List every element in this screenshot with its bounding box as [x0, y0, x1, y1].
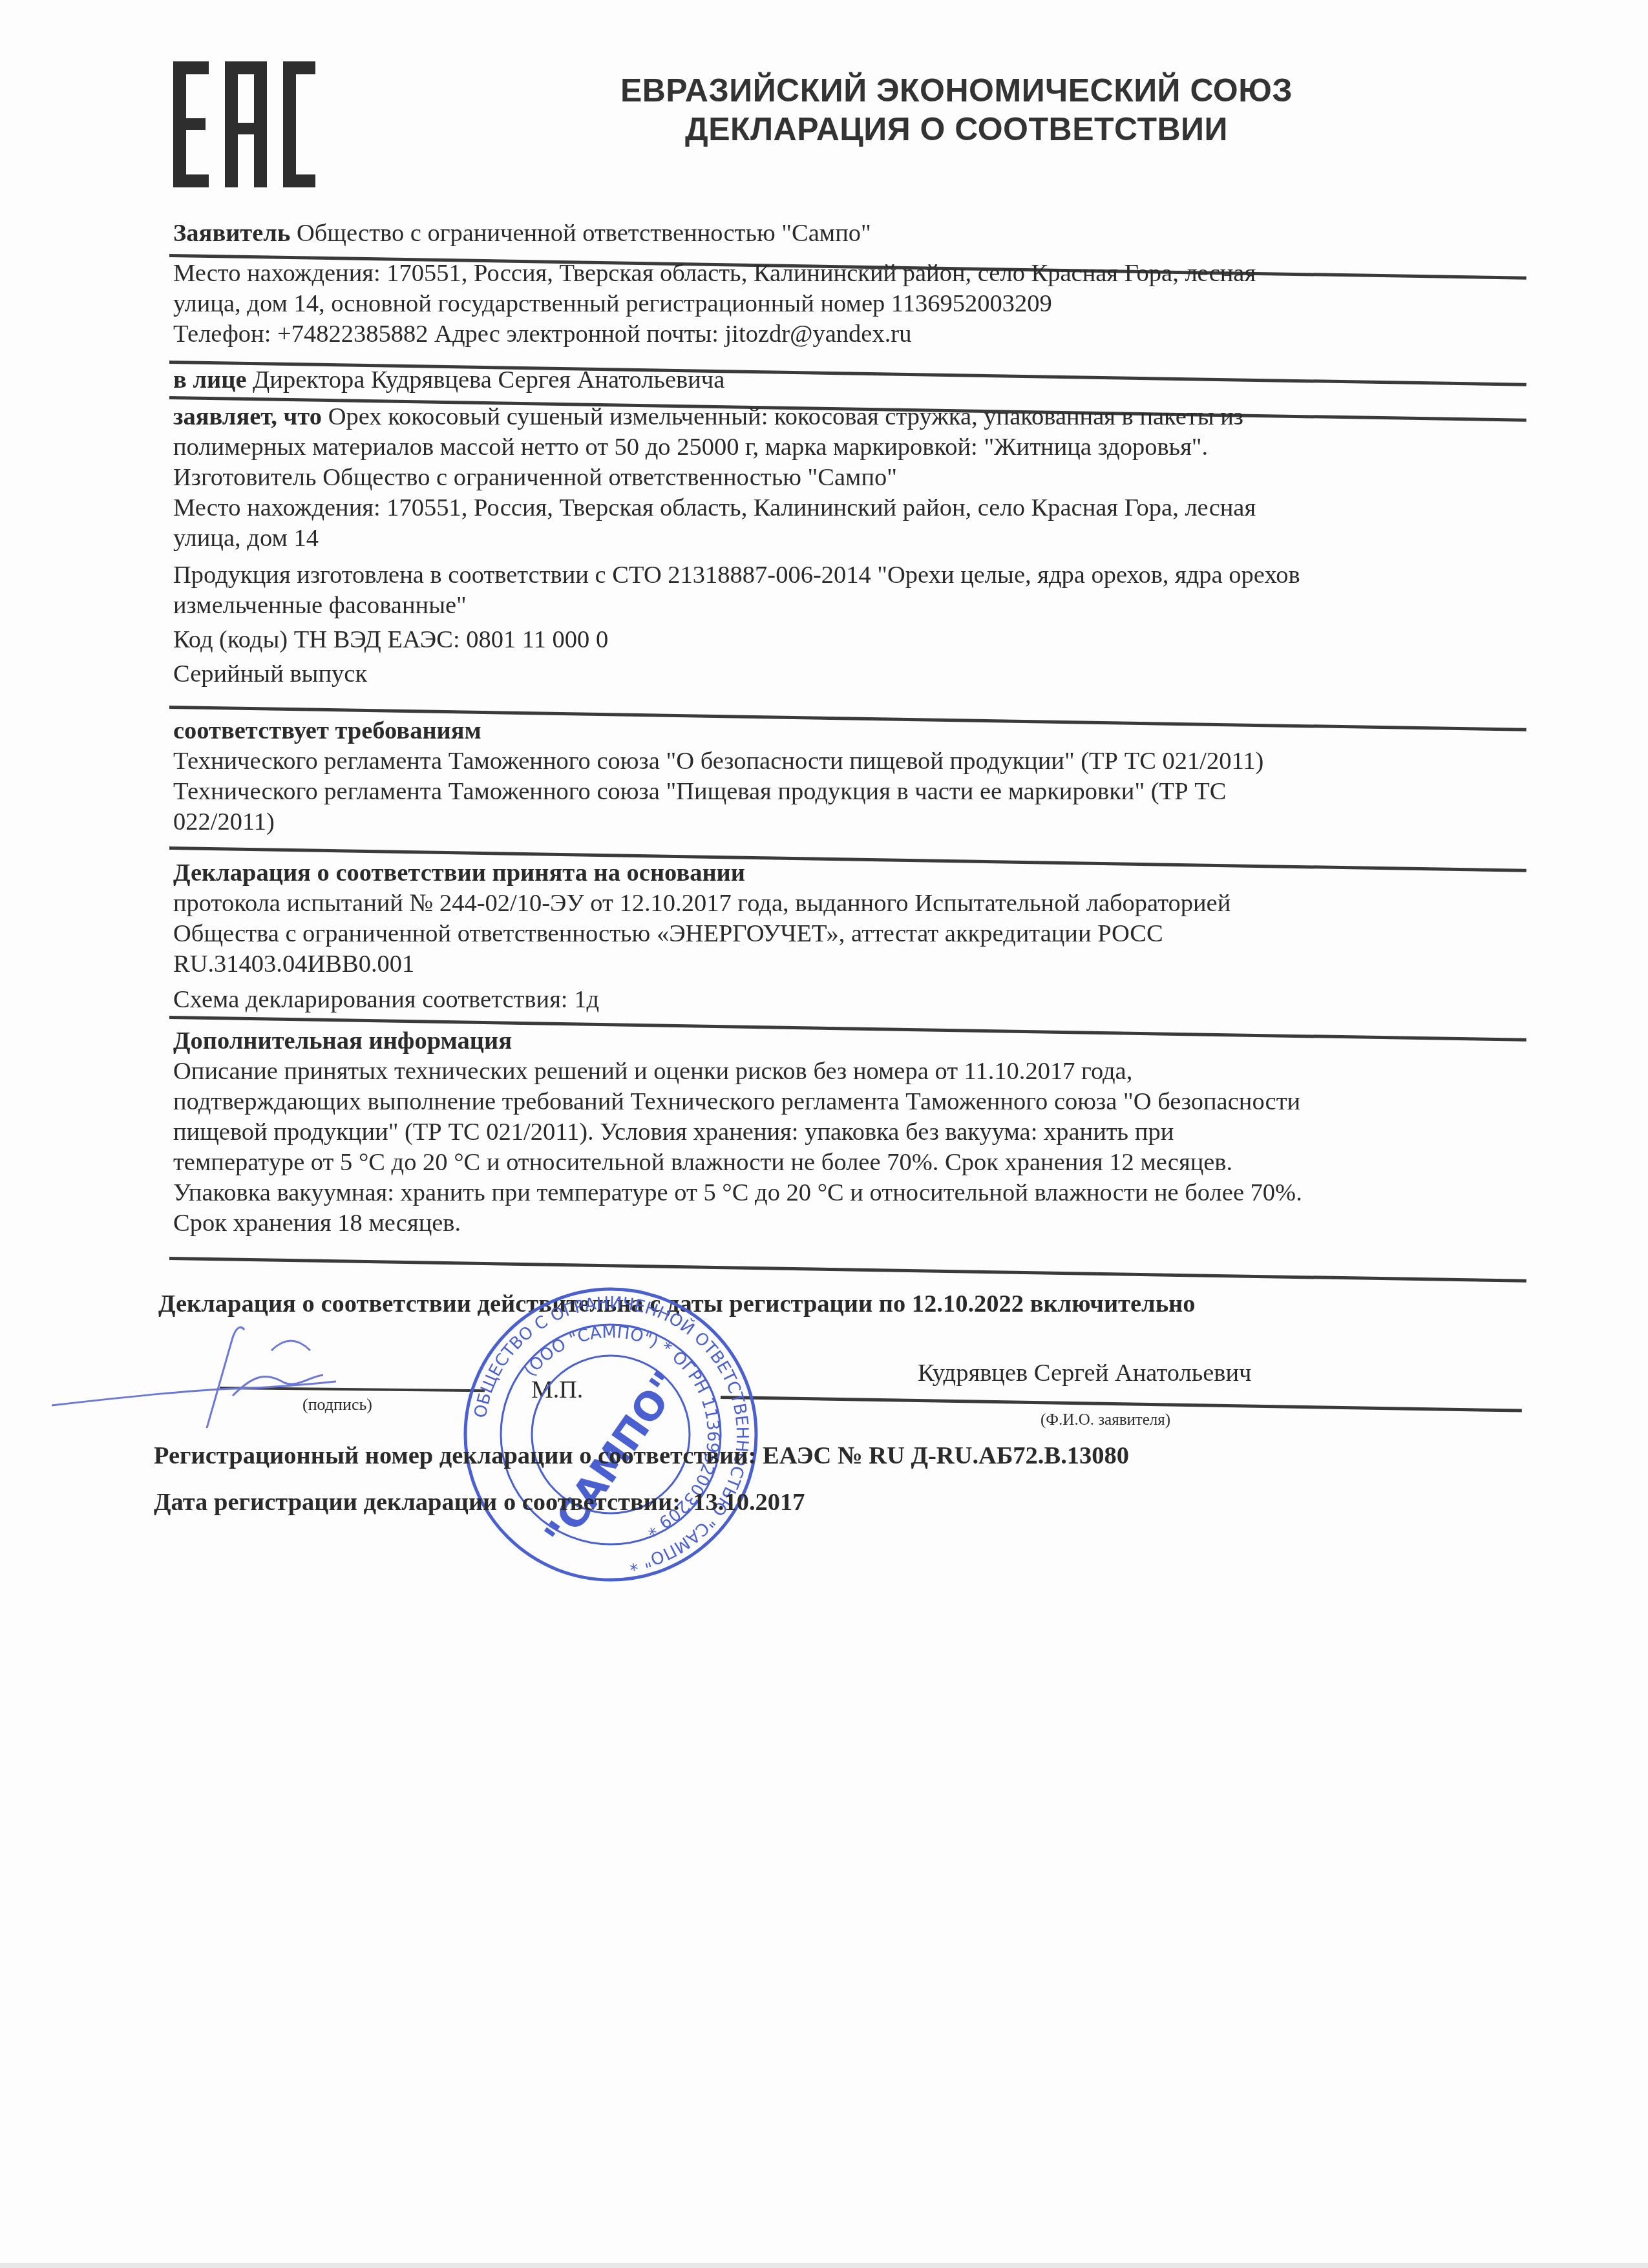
eac-logo-icon — [173, 61, 315, 187]
registration-number-section: Регистрационный номер декларации о соотв… — [154, 1441, 1505, 1471]
handwritten-signature-icon — [39, 1299, 439, 1428]
basis-label: Декларация о соответствии принята на осн… — [173, 858, 1524, 888]
applicant-contacts: Телефон: +74822385882 Адрес электронной … — [173, 319, 1524, 350]
applicant-section: Заявитель Общество с ограниченной ответс… — [173, 218, 1524, 249]
signer-caption: (Ф.И.О. заявителя) — [1041, 1405, 1299, 1435]
applicant-address-line1: Место нахождения: 170551, Россия, Тверск… — [173, 258, 1524, 289]
requirement-line3: 022/2011) — [173, 807, 1524, 837]
basis-section: Декларация о соответствии принята на осн… — [173, 858, 1524, 1015]
standard-line2: измельченные фасованные" — [173, 591, 1524, 621]
applicant-name: Общество с ограниченной ответственностью… — [297, 220, 871, 247]
registration-number-value: ЕАЭС № RU Д-RU.АБ72.В.13080 — [763, 1442, 1129, 1469]
standard-line1: Продукция изготовлена в соответствии с С… — [173, 560, 1524, 591]
release-type: Серийный выпуск — [173, 659, 1524, 689]
union-title: ЕВРАЗИЙСКИЙ ЭКОНОМИЧЕСКИЙ СОЮЗ — [601, 71, 1312, 110]
additional-line3: пищевой продукции" (ТР ТС 021/2011). Усл… — [173, 1117, 1524, 1148]
registration-date-section: Дата регистрации декларации о соответств… — [154, 1487, 1505, 1518]
declaration-label: заявляет, что — [173, 403, 322, 430]
additional-label: Дополнительная информация — [173, 1026, 1524, 1056]
signer-name: Кудрявцев Сергей Анатольевич — [918, 1358, 1435, 1389]
hs-code: Код (коды) ТН ВЭД ЕАЭС: 0801 11 000 0 — [173, 625, 1524, 655]
additional-line1: Описание принятых технических решений и … — [173, 1056, 1524, 1087]
requirement-line2: Технического регламента Таможенного союз… — [173, 777, 1524, 807]
representative-label: в лице — [173, 366, 246, 394]
basis-line2: Общества с ограниченной ответственностью… — [173, 919, 1524, 949]
declaration-section: заявляет, что Орех кокосовый сушеный изм… — [173, 402, 1524, 689]
basis-line3: RU.31403.04ИВВ0.001 — [173, 949, 1524, 980]
additional-line6: Срок хранения 18 месяцев. — [173, 1208, 1524, 1239]
product-line1: Орех кокосовый сушеный измельченный: кок… — [328, 403, 1243, 430]
applicant-details: Место нахождения: 170551, Россия, Тверск… — [173, 258, 1524, 350]
divider — [169, 1257, 1527, 1283]
declaration-title: ДЕКЛАРАЦИЯ О СООТВЕТСТВИИ — [601, 110, 1312, 149]
representative-section: в лице Директора Кудрявцева Сергея Анато… — [173, 365, 1524, 395]
additional-section: Дополнительная информация Описание приня… — [173, 1026, 1524, 1239]
registration-date-label: Дата регистрации декларации о соответств… — [154, 1489, 681, 1516]
manufacturer-address-line2: улица, дом 14 — [173, 523, 1524, 554]
manufacturer: Изготовитель Общество с ограниченной отв… — [173, 463, 1524, 493]
representative-value: Директора Кудрявцева Сергея Анатольевича — [253, 366, 724, 394]
registration-number-label: Регистрационный номер декларации о соотв… — [154, 1442, 756, 1469]
product-line2: полимерных материалов массой нетто от 50… — [173, 432, 1524, 463]
additional-line4: температуре от 5 °С до 20 °С и относител… — [173, 1148, 1524, 1178]
requirements-section: соответствует требованиям Технического р… — [173, 716, 1524, 837]
basis-line1: протокола испытаний № 244-02/10-ЭУ от 12… — [173, 888, 1524, 919]
declaration-page: ЕВРАЗИЙСКИЙ ЭКОНОМИЧЕСКИЙ СОЮЗ ДЕКЛАРАЦИ… — [0, 0, 1648, 2268]
additional-line5: Упаковка вакуумная: хранить при температ… — [173, 1178, 1524, 1208]
company-seal-icon: ОБЩЕСТВО С ОГРАНИЧЕННОЙ ОТВЕТСТВЕННОСТЬЮ… — [462, 1283, 759, 1586]
additional-line2: подтверждающих выполнение требований Тех… — [173, 1087, 1524, 1117]
document-header: ЕВРАЗИЙСКИЙ ЭКОНОМИЧЕСКИЙ СОЮЗ ДЕКЛАРАЦИ… — [601, 71, 1312, 149]
registration-date-value: 13.10.2017 — [693, 1489, 805, 1516]
manufacturer-address-line1: Место нахождения: 170551, Россия, Тверск… — [173, 493, 1524, 523]
declaration-scheme: Схема декларирования соответствия: 1д — [173, 985, 1524, 1015]
requirements-label: соответствует требованиям — [173, 716, 1524, 746]
applicant-label: Заявитель — [173, 220, 290, 247]
requirement-line1: Технического регламента Таможенного союз… — [173, 746, 1524, 777]
applicant-address-line2: улица, дом 14, основной государственный … — [173, 289, 1524, 319]
scan-edge — [0, 2263, 1648, 2268]
